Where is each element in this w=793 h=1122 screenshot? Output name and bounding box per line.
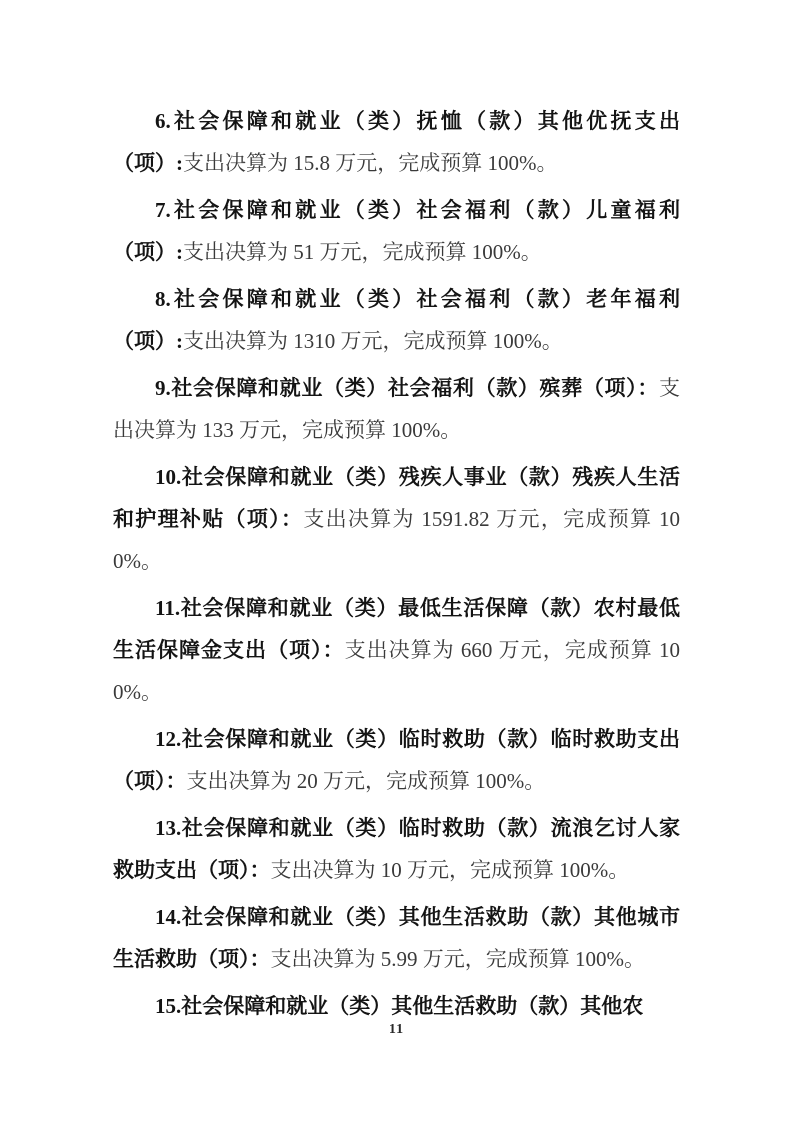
paragraph: 7.社会保障和就业（类）社会福利（款）儿童福利（项）:支出决算为 51 万元，完…: [113, 189, 680, 273]
paragraph-body: 支出决算为 51 万元，完成预算 100%。: [183, 240, 542, 264]
paragraph: 13.社会保障和就业（类）临时救助（款）流浪乞讨人家救助支出（项）：支出决算为 …: [113, 807, 680, 891]
paragraph: 9.社会保障和就业（类）社会福利（款）殡葬（项）：支出决算为 133 万元，完成…: [113, 367, 680, 451]
paragraph: 11.社会保障和就业（类）最低生活保障（款）农村最低生活保障金支出（项）：支出决…: [113, 587, 680, 713]
paragraph-body: 支出决算为 15.8 万元，完成预算 100%。: [183, 151, 558, 175]
paragraph: 10.社会保障和就业（类）残疾人事业（款）残疾人生活和护理补贴（项）：支出决算为…: [113, 456, 680, 582]
paragraph: 14.社会保障和就业（类）其他生活救助（款）其他城市生活救助（项）：支出决算为 …: [113, 896, 680, 980]
paragraph: 12.社会保障和就业（类）临时救助（款）临时救助支出（项）：支出决算为 20 万…: [113, 718, 680, 802]
paragraph-heading: 15.社会保障和就业（类）其他生活救助（款）其他农: [155, 994, 643, 1018]
paragraph-heading: 9.社会保障和就业（类）社会福利（款）殡葬（项）：: [155, 376, 659, 400]
paragraph: 8.社会保障和就业（类）社会福利（款）老年福利（项）:支出决算为 1310 万元…: [113, 278, 680, 362]
paragraph-body: 支出决算为 5.99 万元，完成预算 100%。: [271, 947, 646, 971]
paragraph-body: 支出决算为 10 万元，完成预算 100%。: [271, 858, 630, 882]
paragraph: 15.社会保障和就业（类）其他生活救助（款）其他农: [113, 985, 680, 1027]
document-body: 6.社会保障和就业（类）抚恤（款）其他优抚支出（项）:支出决算为 15.8 万元…: [113, 100, 680, 1032]
page-number: 11: [0, 1022, 793, 1038]
paragraph-body: 支出决算为 1310 万元，完成预算 100%。: [183, 329, 563, 353]
paragraph-body: 支出决算为 20 万元，完成预算 100%。: [187, 769, 546, 793]
document-page: 6.社会保障和就业（类）抚恤（款）其他优抚支出（项）:支出决算为 15.8 万元…: [0, 0, 793, 1122]
paragraph: 6.社会保障和就业（类）抚恤（款）其他优抚支出（项）:支出决算为 15.8 万元…: [113, 100, 680, 184]
